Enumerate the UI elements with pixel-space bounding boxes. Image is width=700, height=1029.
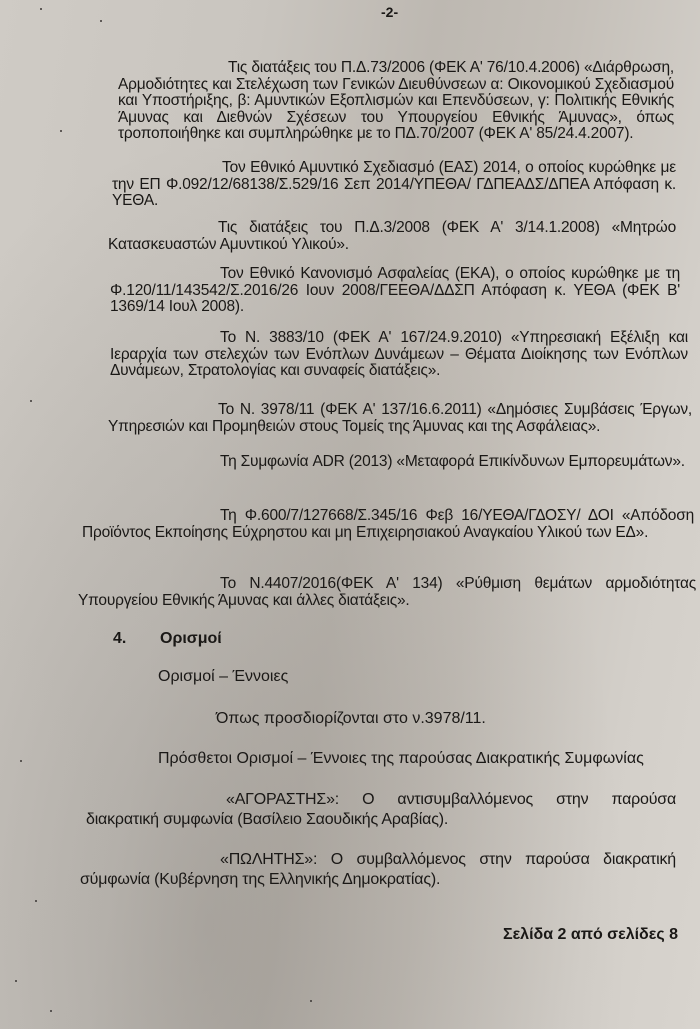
paragraph-eas-2014: Τον Εθνικό Αμυντικό Σχεδιασμό (ΕΑΣ) 2014… [112,160,676,210]
section-note: Όπως προσδιορίζονται στο ν.3978/11. [216,710,486,728]
section-title: Ορισμοί [160,630,222,648]
scan-speck [20,760,22,762]
scan-speck [605,862,607,864]
paragraph-pd-3-2008: Τις διατάξεις του Π.Δ.3/2008 (ΦΕΚ Α' 3/1… [108,220,676,253]
paragraph-lead: Τις διατάξεις του Π.Δ.73/2006 (ΦΕΚ Α' 76… [228,59,580,76]
page-footer: Σελίδα 2 από σελίδες 8 [503,926,678,944]
paragraph-body: Εμπορευμάτων». [569,453,685,470]
scan-speck [15,980,17,982]
definition-lead: Ο αντισυμβαλλόμενος στην παρούσα [362,791,676,808]
scan-speck [30,400,32,402]
additional-definitions-title: Πρόσθετοι Ορισμοί – Έννοιες της παρούσας… [158,750,644,768]
paragraph-lead: Το Ν. 3883/10 (ΦΕΚ Α' 167/24.9.2010) «Υπ… [220,329,660,346]
definition-term: «ΠΩΛΗΤΗΣ»: [220,851,317,868]
definition-body: διακρατική συμφωνία (Βασίλειο Σαουδικής … [86,811,448,828]
paragraph-eka: Τον Εθνικό Κανονισμό Ασφαλείας (ΕΚΑ), ο … [110,266,680,316]
definition-buyer: «ΑΓΟΡΑΣΤΗΣ»: Ο αντισυμβαλλόμενος στην πα… [86,790,676,830]
section-subtitle: Ορισμοί – Έννοιες [158,668,288,686]
scan-speck [50,1010,52,1012]
paragraph-lead: Το Ν.4407/2016(ΦΕΚ Α' 134) «Ρύθμιση θεμά… [220,575,696,592]
scan-speck [100,20,102,22]
definition-seller: «ΠΩΛΗΤΗΣ»: Ο συμβαλλόμενος στην παρούσα … [80,850,676,890]
definition-lead: Ο συμβαλλόμενος στην παρούσα διακρατική [331,851,676,868]
paragraph-n-4407-2016: Το Ν.4407/2016(ΦΕΚ Α' 134) «Ρύθμιση θεμά… [78,576,696,609]
scan-speck [310,1000,312,1002]
section-number: 4. [113,630,126,648]
paragraph-body: Κατασκευαστών Αμυντικού Υλικού». [108,236,349,253]
paragraph-f600: Τη Φ.600/7/127668/Σ.345/16 Φεβ 16/ΥΕΘΑ/Γ… [82,508,694,541]
paragraph-lead: Το Ν. 3978/11 (ΦΕΚ Α' 137/16.6.2011) «Δη… [218,401,634,418]
definition-body: σύμφωνία (Κυβέρνηση της Ελληνικής Δημοκρ… [80,871,440,888]
paragraph-n-3883-10: Το Ν. 3883/10 (ΦΕΚ Α' 167/24.9.2010) «Υπ… [110,330,688,380]
paragraph-pd-73-2006: Τις διατάξεις του Π.Δ.73/2006 (ΦΕΚ Α' 76… [118,60,674,143]
paragraph-lead: Τη Συμφωνία ADR (2013) «Μεταφορά Επικίνδ… [220,453,564,470]
scan-speck [35,900,37,902]
definition-term: «ΑΓΟΡΑΣΤΗΣ»: [226,791,339,808]
paragraph-lead: Τις διατάξεις του Π.Δ.3/2008 (ΦΕΚ Α' 3/1… [218,219,676,236]
paragraph-adr: Τη Συμφωνία ADR (2013) «Μεταφορά Επικίνδ… [110,454,692,471]
page-marker: -2- [381,4,398,20]
scan-speck [40,8,42,10]
paragraph-lead: Τον Εθνικό Κανονισμό Ασφαλείας (ΕΚΑ), ο … [220,265,639,282]
scan-speck [60,130,62,132]
paragraph-lead: Τη Φ.600/7/127668/Σ.345/16 Φεβ 16/ΥΕΘΑ/Γ… [220,507,581,524]
paragraph-lead: Τον Εθνικό Αμυντικό Σχεδιασμό (ΕΑΣ) 2014… [222,159,584,176]
paragraph-body: Υπουργείου Εθνικής Άμυνας και άλλες διατ… [78,592,410,609]
paragraph-n-3978-11: Το Ν. 3978/11 (ΦΕΚ Α' 137/16.6.2011) «Δη… [108,402,692,435]
